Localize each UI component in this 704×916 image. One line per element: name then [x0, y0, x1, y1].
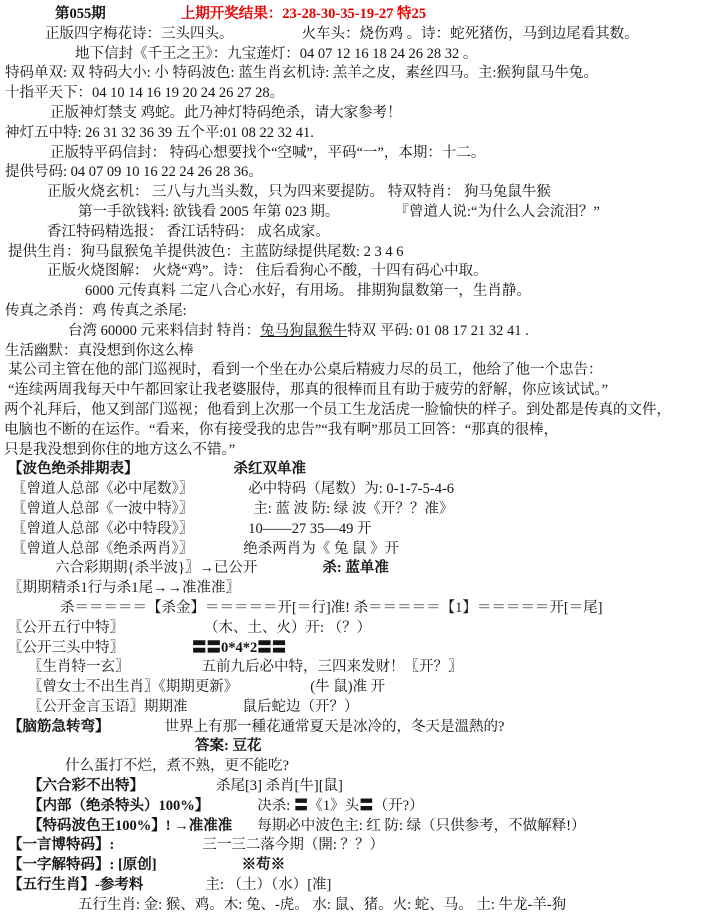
- text-segment: 五行生肖: 金: 猴、鸡。木: 兔、-虎。 水: 鼠、猪。火: 蛇、马。 土: …: [78, 896, 566, 916]
- text-segment: 火车头：烧伤鸡 。诗：蛇死猪伤，马到边尾看其数。: [302, 25, 639, 45]
- text-segment: 10——27 35—49 开: [248, 520, 371, 540]
- text-segment: 〖公开金言玉语〗期期准: [28, 698, 188, 718]
- doc-line: 〖生肖特一玄〗五前九后必中特，三四来发财！〖开？〗: [0, 658, 704, 678]
- text-segment: 【一字解特码】: [原创]: [8, 856, 157, 876]
- doc-line: 第一手欲钱料: 欲钱看 2005 年第 023 期。『曾道人说:“为什么人会流泪…: [0, 203, 704, 223]
- doc-line: 答案: 豆花: [0, 737, 704, 757]
- text-segment: 『曾道人说:“为什么人会流泪？”: [394, 203, 599, 223]
- text-segment: 杀红双单准: [234, 460, 307, 480]
- doc-line: 杀＝＝＝＝＝【杀金】＝＝＝＝＝开[＝行]准! 杀＝＝＝＝＝【1】＝＝＝＝＝开[＝…: [0, 599, 704, 619]
- doc-line: 【六合彩不出特】杀尾[3] 杀肖[牛][鼠]: [0, 777, 704, 797]
- text-segment: 传真之杀肖：鸡 传真之杀尾:: [5, 302, 187, 322]
- text-segment: 【内部（绝杀特头）100%】: [28, 797, 209, 817]
- text-segment: 【特码波色王100%】! →准准准: [28, 817, 232, 837]
- text-segment: 第一手欲钱料: 欲钱看 2005 年第 023 期。: [78, 203, 339, 223]
- text-segment: 正版火烧图解： 火烧“鸡”。诗： 住后看狗心不酸，十四有码心中取。: [47, 262, 488, 282]
- text-segment: 绝杀两肖为《 兔 鼠 》开: [243, 540, 399, 560]
- text-segment: 五前九后必中特，三四来发财！〖开？〗: [202, 658, 463, 678]
- doc-line: 正版四字梅花诗：三头四头。火车头：烧伤鸡 。诗：蛇死猪伤，马到边尾看其数。: [0, 25, 704, 45]
- doc-line: 正版火烧图解： 火烧“鸡”。诗： 住后看狗心不酸，十四有码心中取。: [0, 262, 704, 282]
- text-segment: 香江特码精选报： 香江话特码： 成名成家。: [47, 223, 330, 243]
- doc-line: 特码单双: 双 特码大小: 小 特码波色: 蓝生肖玄机诗: 羔羊之皮，素丝四马。…: [0, 64, 704, 84]
- text-segment: ※苟※: [242, 856, 286, 876]
- doc-line: 正版特平码信封： 特码心想要找个“空喊”，平码“一”，本期：十二。: [0, 144, 704, 164]
- text-segment: 杀尾[3] 杀肖[牛][鼠]: [216, 777, 343, 797]
- text-segment: 决杀: 〓《1》头〓（开?）: [257, 797, 423, 817]
- text-segment: 〖曾道人总部《绝杀两肖》〗: [12, 540, 193, 560]
- text-segment: 特码单双: 双 特码大小: 小 特码波色: 蓝生肖玄机诗: 羔羊之皮，素丝四马。…: [5, 64, 598, 84]
- text-segment: 【五行生肖】-参考料: [8, 876, 143, 896]
- doc-line: 〖公开五行中特〗（木、土、火）开: （？）: [0, 619, 704, 639]
- doc-line: 第055期上期开奖结果：23-28-30-35-19-27 特25: [0, 5, 704, 25]
- text-segment: 神灯五中特: 26 31 32 36 39 五个平:01 08 22 32 41…: [5, 124, 314, 144]
- doc-line: 只是我没想到你住的地方这么不错。”: [0, 441, 704, 461]
- doc-line: 【脑筋急转弯】世界上有那一種花通常夏天是冰冷的，冬天是溫熱的?: [0, 718, 704, 738]
- doc-line: 地下信封《千王之王》：九宝莲灯：04 07 12 16 18 24 26 28 …: [0, 45, 704, 65]
- text-segment: 主: 蓝 波 防: 绿 波《开？？准》: [253, 500, 453, 520]
- doc-line: 〖曾道人总部《一波中特》〗主: 蓝 波 防: 绿 波《开？？准》: [0, 500, 704, 520]
- doc-line: 十指平天下：04 10 14 16 19 20 24 26 27 28。: [0, 84, 704, 104]
- text-segment: 台湾 60000 元来料信封 特肖：: [68, 322, 260, 342]
- doc-line: 神灯五中特: 26 31 32 36 39 五个平:01 08 22 32 41…: [0, 124, 704, 144]
- lottery-tipsheet-document: 第055期上期开奖结果：23-28-30-35-19-27 特25正版四字梅花诗…: [0, 0, 704, 916]
- text-segment: 〖曾道人总部《必中尾数》〗: [12, 480, 193, 500]
- text-segment: 鼠后蛇边（开？）: [243, 698, 359, 718]
- issue-number: 第055期: [55, 5, 106, 25]
- doc-line: “连续两周我每天中午都回家让我老婆服侍，那真的很棒而且有助于疲劳的舒解，你应该试…: [0, 381, 704, 401]
- doc-line: 提供号码: 04 07 09 10 16 22 24 26 28 36。: [0, 163, 704, 183]
- text-segment: (牛 鼠)准 开: [310, 678, 385, 698]
- text-segment: 杀＝＝＝＝＝【杀金】＝＝＝＝＝开[＝行]准! 杀＝＝＝＝＝【1】＝＝＝＝＝开[＝…: [60, 599, 603, 619]
- doc-line: 提供生肖：狗马鼠猴兔羊提供波色：主蓝防绿提供尾数: 2 3 4 6: [0, 243, 704, 263]
- doc-line: 正版火烧玄机： 三八与九当头数，只为四来要提防。 特双特肖： 狗马兔鼠牛猴: [0, 183, 704, 203]
- doc-line: 两个礼拜后，他又到部门巡视；他看到上次那一个员工生龙活虎一脸愉快的样子。到处都是…: [0, 401, 704, 421]
- doc-line: 【波色绝杀排期表】杀红双单准: [0, 460, 704, 480]
- doc-line: 【五行生肖】-参考料主: （土）（水）[准]: [0, 876, 704, 896]
- text-segment: 什么蛋打不烂，煮不熟，更不能吃?: [65, 757, 289, 777]
- text-segment: 每期必中波色主: 红 防: 绿（只供参考，不做解释!）: [257, 817, 585, 837]
- text-segment: 杀: 蓝单准: [322, 559, 388, 579]
- text-segment: 世界上有那一種花通常夏天是冰冷的，冬天是溫熱的?: [165, 718, 505, 738]
- text-segment: 〖公开三头中特〗: [8, 639, 124, 659]
- doc-line: 〖曾道人总部《必中特段》〗10——27 35—49 开: [0, 520, 704, 540]
- text-segment: 正版神灯禁支 鸡蛇。此乃神灯特码绝杀，请大家参考！: [50, 104, 402, 124]
- text-segment: 正版特平码信封： 特码心想要找个“空喊”，平码“一”，本期：十二。: [50, 144, 485, 164]
- doc-line: 五行生肖: 金: 猴、鸡。木: 兔、-虎。 水: 鼠、猪。火: 蛇、马。 土: …: [0, 896, 704, 916]
- text-segment: 只是我没想到你住的地方这么不错。”: [4, 441, 235, 461]
- doc-line: 正版神灯禁支 鸡蛇。此乃神灯特码绝杀，请大家参考！: [0, 104, 704, 124]
- text-segment: 【六合彩不出特】: [28, 777, 144, 797]
- text-segment: 地下信封《千王之王》：九宝莲灯：04 07 12 16 18 24 26 28 …: [75, 45, 477, 65]
- text-segment: 〖公开五行中特〗: [8, 619, 124, 639]
- text-segment: 正版四字梅花诗：三头四头。: [45, 25, 234, 45]
- doc-line: 〖公开三头中特〗〓〓0*4*2〓〓: [0, 639, 704, 659]
- doc-line: 什么蛋打不烂，煮不熟，更不能吃?: [0, 757, 704, 777]
- text-segment: 正版火烧玄机： 三八与九当头数，只为四来要提防。 特双特肖： 狗马兔鼠牛猴: [47, 183, 551, 203]
- text-segment: 两个礼拜后，他又到部门巡视；他看到上次那一个员工生龙活虎一脸愉快的样子。到处都是…: [4, 401, 671, 421]
- text-segment: 提供生肖：狗马鼠猴兔羊提供波色：主蓝防绿提供尾数: 2 3 4 6: [8, 243, 404, 263]
- doc-line: 【一言博特码】:三一三二落今期（開: ？？）: [0, 836, 704, 856]
- doc-line: 6000 元传真料 二定八合心水好，有用场。 排期狗鼠数第一，生肖静。: [0, 282, 704, 302]
- text-segment: 6000 元传真料 二定八合心水好，有用场。 排期狗鼠数第一，生肖静。: [85, 282, 531, 302]
- text-segment: 十指平天下：04 10 14 16 19 20 24 26 27 28。: [5, 84, 284, 104]
- text-segment: 生活幽默：真没想到你这么棒: [5, 342, 194, 362]
- text-segment: （木、土、火）开: （？）: [204, 619, 371, 639]
- doc-line: 香江特码精选报： 香江话特码： 成名成家。: [0, 223, 704, 243]
- doc-line: 〖曾道人总部《绝杀两肖》〗绝杀两肖为《 兔 鼠 》开: [0, 540, 704, 560]
- doc-line: 某公司主管在他的部门巡视时，看到一个坐在办公桌后精疲力尽的员工，他给了他一个忠告…: [0, 361, 704, 381]
- doc-line: 〖曾女士不出生肖〗《期期更新》(牛 鼠)准 开: [0, 678, 704, 698]
- text-segment: 〖曾女士不出生肖〗《期期更新》: [28, 678, 238, 698]
- doc-line: 【内部（绝杀特头）100%】决杀: 〓《1》头〓（开?）: [0, 797, 704, 817]
- text-segment: 答案: 豆花: [195, 737, 261, 757]
- doc-line: 电脑也不断的在运作。“看来，你有接受我的忠告”“我有啊”那员工回答：“那真的很棒…: [0, 421, 704, 441]
- text-segment: 〖曾道人总部《必中特段》〗: [12, 520, 193, 540]
- text-segment: 〖曾道人总部《一波中特》〗: [12, 500, 193, 520]
- text-segment: 【波色绝杀排期表】: [8, 460, 139, 480]
- text-segment: 提供号码: 04 07 09 10 16 22 24 26 28 36。: [5, 163, 263, 183]
- doc-line: 【特码波色王100%】! →准准准每期必中波色主: 红 防: 绿（只供参考，不做…: [0, 817, 704, 837]
- text-segment: 〖期期精杀1行与杀1尾→→准准准〗: [8, 579, 240, 599]
- text-segment: 【一言博特码】:: [8, 836, 114, 856]
- text-segment: 【脑筋急转弯】: [8, 718, 110, 738]
- doc-line: 生活幽默：真没想到你这么棒: [0, 342, 704, 362]
- text-segment: 主: （土）（水）[准]: [205, 876, 331, 896]
- doc-line: 【一字解特码】: [原创]※苟※: [0, 856, 704, 876]
- text-segment: 〓〓0*4*2〓〓: [192, 639, 286, 659]
- last-draw-result: 上期开奖结果：23-28-30-35-19-27 特25: [181, 5, 426, 25]
- text-segment: 某公司主管在他的部门巡视时，看到一个坐在办公桌后精疲力尽的员工，他给了他一个忠告…: [8, 361, 603, 381]
- text-segment: “连续两周我每天中午都回家让我老婆服侍，那真的很棒而且有助于疲劳的舒解，你应该试…: [8, 381, 608, 401]
- doc-line: 〖曾道人总部《必中尾数》〗必中特码（尾数）为: 0-1-7-5-4-6: [0, 480, 704, 500]
- text-segment: 〖生肖特一玄〗: [28, 658, 130, 678]
- text-segment: 必中特码（尾数）为: 0-1-7-5-4-6: [248, 480, 454, 500]
- text-segment: 电脑也不断的在运作。“看来，你有接受我的忠告”“我有啊”那员工回答：“那真的很棒…: [4, 421, 558, 441]
- doc-line: 台湾 60000 元来料信封 特肖：兔马狗鼠猴牛特双 平码: 01 08 17 …: [0, 322, 704, 342]
- doc-line: 〖期期精杀1行与杀1尾→→准准准〗: [0, 579, 704, 599]
- text-segment: 特双 平码: 01 08 17 21 32 41 .: [347, 322, 529, 342]
- doc-line: 传真之杀肖：鸡 传真之杀尾:: [0, 302, 704, 322]
- doc-line: 六合彩期期{杀半波}〗→已公开杀: 蓝单准: [0, 559, 704, 579]
- text-segment: 兔马狗鼠猴牛: [260, 322, 347, 342]
- text-segment: 三一三二落今期（開: ？？）: [202, 836, 384, 856]
- text-segment: 六合彩期期{杀半波}〗→已公开: [55, 559, 257, 579]
- doc-line: 〖公开金言玉语〗期期准鼠后蛇边（开？）: [0, 698, 704, 718]
